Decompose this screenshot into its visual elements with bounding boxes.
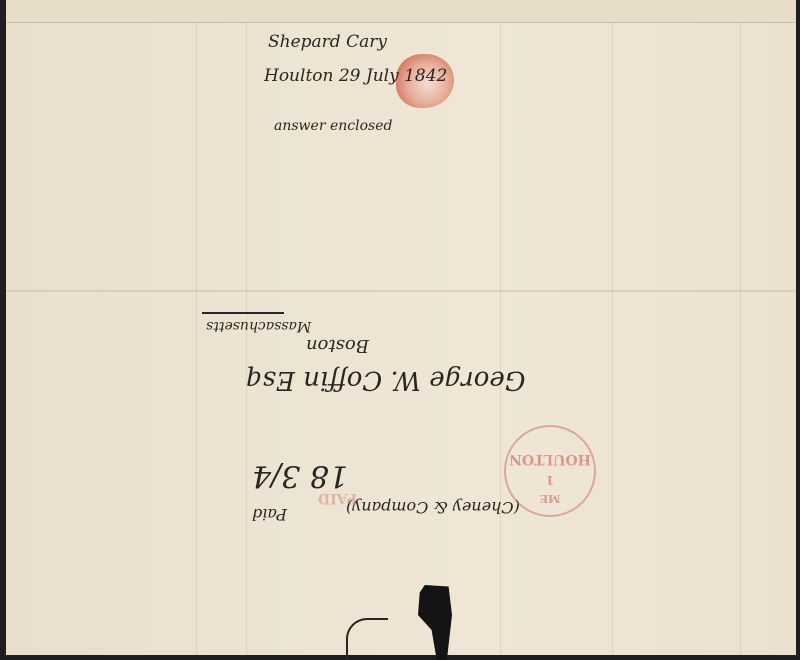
- postmark: ME 1 HOULTON: [504, 425, 596, 517]
- top-flap: [6, 0, 796, 23]
- docket-sender: Shepard Cary: [268, 32, 387, 52]
- docket-note: answer enclosed: [274, 118, 392, 134]
- fold-line: [740, 22, 742, 655]
- letter-sheet: Shepard Cary Houlton 29 July 1842 answer…: [6, 0, 796, 655]
- paid-notation: Paid: [252, 505, 287, 524]
- postmark-town: HOULTON: [506, 451, 594, 467]
- fold-line: [196, 22, 198, 655]
- fold-line: [500, 22, 502, 655]
- ink-stroke: [346, 618, 388, 660]
- docket-place-date: Houlton 29 July 1842: [264, 66, 447, 86]
- address-recipient: George W. Coffin Esq: [246, 365, 526, 395]
- fold-line: [612, 22, 614, 655]
- torn-hole: [418, 585, 452, 660]
- postage-rate: 18 3/4: [252, 458, 348, 493]
- care-of: (Cheney & Company): [346, 498, 520, 517]
- paid-stamp: PAID: [318, 490, 357, 506]
- postmark-day: 1: [506, 473, 594, 487]
- ink-rule: [202, 312, 284, 314]
- address-city: Boston: [306, 335, 369, 356]
- address-state: Massachusetts: [206, 318, 311, 334]
- fold-line: [6, 290, 796, 292]
- fold-line: [246, 22, 248, 655]
- postmark-state: ME: [506, 492, 594, 505]
